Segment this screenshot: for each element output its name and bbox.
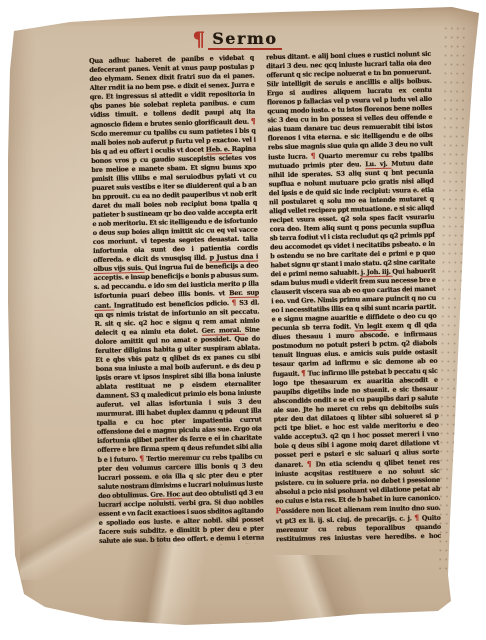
- left-text-column: Qua adhuc haberet de panibs e videbat q …: [89, 54, 264, 547]
- deckle-edge-speckles: [437, 24, 465, 574]
- fold-crease: [20, 430, 190, 580]
- two-column-layout: Qua adhuc haberet de panibs e videbat q …: [89, 50, 441, 547]
- page-title: Sermo: [208, 29, 281, 50]
- fold-crease: [14, 535, 304, 625]
- right-text-column: rebus ditant. e alij boni ciues e rustic…: [266, 50, 441, 543]
- incunabula-leaf: ¶Sermo Qua adhuc haberet de panibs e vid…: [0, 0, 486, 640]
- pilcrow-icon: ¶: [193, 27, 206, 51]
- sermo-heading: ¶Sermo: [88, 27, 386, 51]
- printed-text-block: Qua adhuc haberet de panibs e videbat q …: [89, 50, 441, 547]
- fold-crease: [170, 555, 460, 625]
